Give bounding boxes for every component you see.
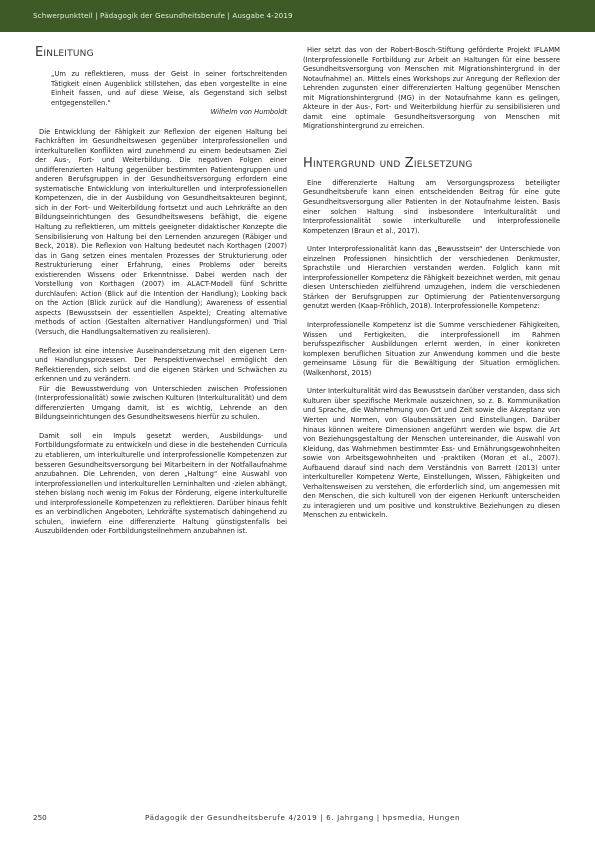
journal-citation: Pädagogik der Gesundheitsberufe 4/2019 |… [145,813,460,822]
section-heading-einleitung: Einleitung [35,46,287,60]
left-column: Einleitung „Um zu reflektieren, muss der… [35,46,287,546]
epigraph-quote: „Um zu reflektieren, muss der Geist in s… [51,70,287,108]
body-paragraph: Unter Interprofessionalität kann das „Be… [303,245,560,312]
section-heading-hintergrund: Hintergrund und Zielsetzung [303,157,560,171]
body-paragraph: Eine differenzierte Haltung am Versorgun… [303,179,560,236]
epigraph-author: Wilhelm von Humboldt [35,108,287,118]
running-title: Schwerpunktteil | Pädagogik der Gesundhe… [33,11,293,20]
body-paragraph: Die Entwicklung der Fähigkeit zur Reflex… [35,128,287,338]
body-paragraph: Für die Bewusstwerdung von Unterschieden… [35,385,287,423]
body-paragraph: Hier setzt das von der Robert-Bosch-Stif… [303,46,560,132]
body-paragraph: Damit soll ein Impuls gesetzt werden, Au… [35,432,287,537]
body-paragraph: Reflexion ist eine intensive Auseinander… [35,347,287,385]
page-number: 250 [33,813,47,822]
body-paragraph: Unter Interkulturalität wird das Bewusst… [303,387,560,521]
body-paragraph: Interprofessionelle Kompetenz ist die Su… [303,321,560,378]
running-header: Schwerpunktteil | Pädagogik der Gesundhe… [0,0,595,32]
right-column: Hier setzt das von der Robert-Bosch-Stif… [303,46,560,530]
